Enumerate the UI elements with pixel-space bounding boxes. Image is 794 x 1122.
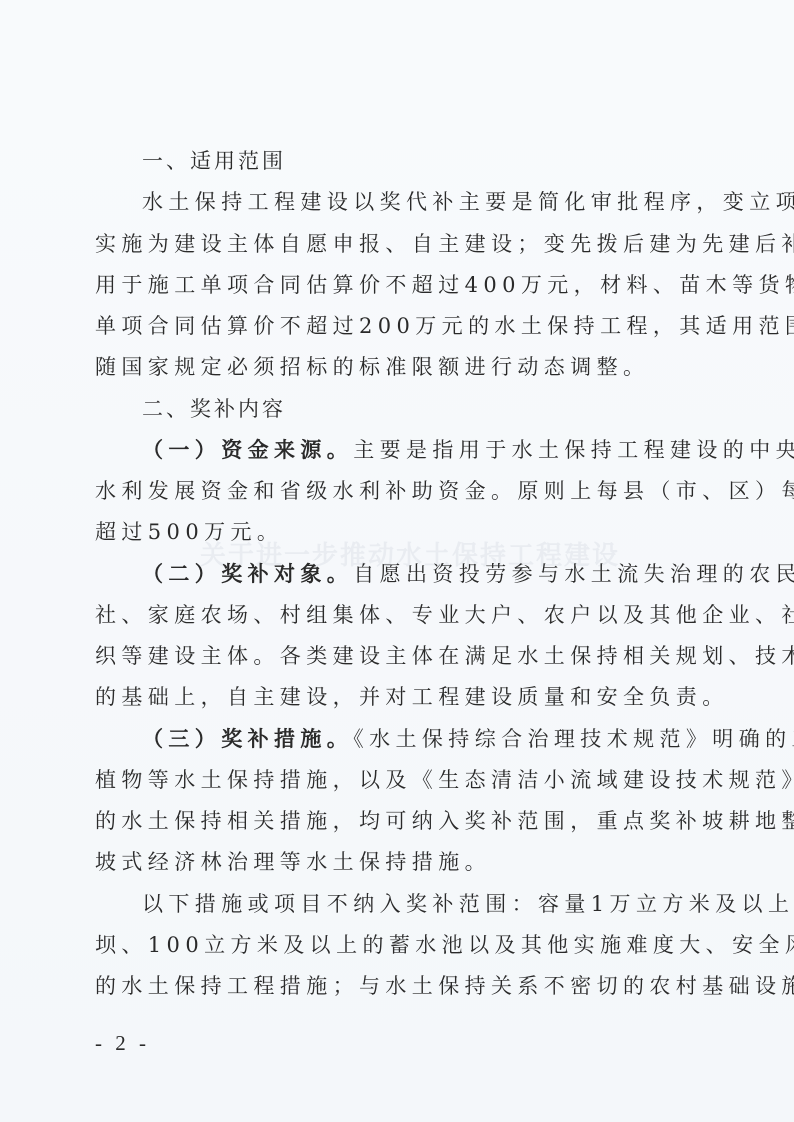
paragraph-line: 单项合同估算价不超过200万元的水土保持工程，其适用范围限额 — [95, 306, 707, 347]
paragraph-text: 《水土保持综合治理技术规范》明确的工程、 — [353, 727, 794, 751]
paragraph-line: 用于施工单项合同估算价不超过400万元，材料、苗木等货物采购 — [95, 265, 707, 306]
paragraph-line: 超过500万元。 — [95, 512, 707, 553]
paragraph-line: 坡式经济林治理等水土保持措施。 — [95, 842, 707, 883]
exclusions-line: 坝、100立方米及以上的蓄水池以及其他实施难度大、安全风险高 — [95, 925, 707, 966]
paragraph-line: 水利发展资金和省级水利补助资金。原则上每县（市、区）每年不 — [95, 471, 707, 512]
section-heading-scope: 一、适用范围 — [95, 141, 707, 182]
document-body: 一、适用范围 水土保持工程建设以奖代补主要是简化审批程序，变立项审批 实施为建设… — [95, 141, 707, 1007]
exclusions-line: 的水土保持工程措施；与水土保持关系不密切的农村基础设施、河 — [95, 966, 707, 1007]
page-number: - 2 - — [95, 1031, 150, 1056]
paragraph-line: 随国家规定必须招标的标准限额进行动态调整。 — [95, 347, 707, 388]
subsection-title-award-targets: （二）奖补对象。 — [142, 562, 353, 586]
paragraph-text: 自愿出资投劳参与水土流失治理的农民合作 — [353, 562, 794, 586]
paragraph-line: 实施为建设主体自愿申报、自主建设；变先拨后建为先建后补。适 — [95, 224, 707, 265]
section-heading-award-content: 二、奖补内容 — [95, 389, 707, 430]
paragraph-line: 的基础上，自主建设，并对工程建设质量和安全负责。 — [95, 677, 707, 718]
subsection-title-award-measures: （三）奖补措施。 — [142, 727, 353, 751]
subsection-first-line: （二）奖补对象。自愿出资投劳参与水土流失治理的农民合作 — [95, 554, 707, 595]
paragraph-line: 的水土保持相关措施，均可纳入奖补范围，重点奖补坡耕地整治、 — [95, 801, 707, 842]
subsection-first-line: （一）资金来源。主要是指用于水土保持工程建设的中央财政 — [95, 430, 707, 471]
paragraph-line: 水土保持工程建设以奖代补主要是简化审批程序，变立项审批 — [95, 182, 707, 223]
exclusions-line: 以下措施或项目不纳入奖补范围：容量1万立方米及以上的塘 — [95, 884, 707, 925]
subsection-title-fund-source: （一）资金来源。 — [142, 438, 353, 462]
paragraph-line: 社、家庭农场、村组集体、专业大户、农户以及其他企业、社会组 — [95, 595, 707, 636]
document-page: 关于进一步推动水土保持工程建设 一、适用范围 水土保持工程建设以奖代补主要是简化… — [0, 0, 794, 1122]
paragraph-line: 植物等水土保持措施，以及《生态清洁小流域建设技术规范》明确 — [95, 760, 707, 801]
subsection-first-line: （三）奖补措施。《水土保持综合治理技术规范》明确的工程、 — [95, 719, 707, 760]
paragraph-text: 主要是指用于水土保持工程建设的中央财政 — [353, 438, 794, 462]
paragraph-line: 织等建设主体。各类建设主体在满足水土保持相关规划、技术标准 — [95, 636, 707, 677]
